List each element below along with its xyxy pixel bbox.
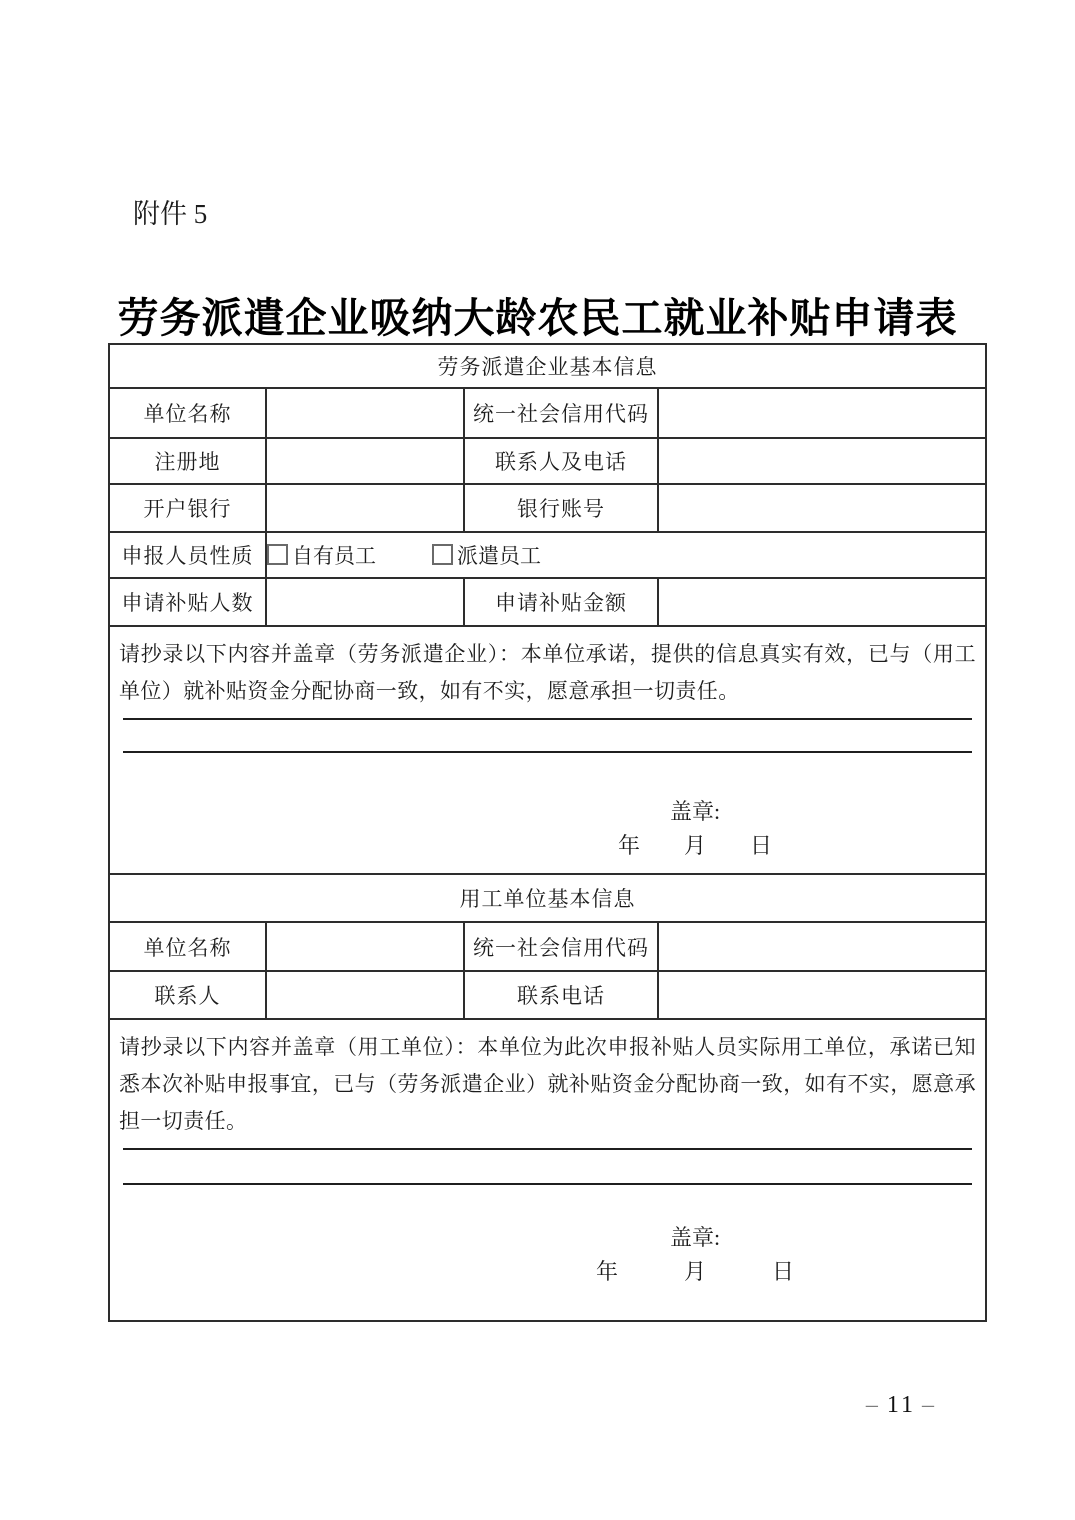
stamp-label: 盖章: (555, 795, 835, 829)
employer-declaration-text: 请抄录以下内容并盖章（用工单位）：本单位为此次申报补贴人员实际用工单位，承诺已知… (110, 1020, 985, 1140)
subsidy-amount-label: 申请补贴金额 (464, 578, 658, 626)
dispatch-section-header: 劳务派遣企业基本信息 (109, 344, 986, 388)
employer-stamp-block: 盖章: 年 月 日 (555, 1221, 835, 1289)
employer-contact-field[interactable] (266, 971, 464, 1019)
bank-account-label: 银行账号 (464, 484, 658, 532)
contact-phone-field[interactable] (658, 438, 986, 484)
page-number-value: 11 (887, 1392, 916, 1418)
table-row: 请抄录以下内容并盖章（劳务派遣企业）：本单位承诺，提供的信息真实有效，已与（用工… (109, 626, 986, 874)
page-number-dash: – (860, 1392, 887, 1418)
employer-section-header: 用工单位基本信息 (109, 874, 986, 922)
dispatched-employee-label: 派遣员工 (457, 544, 541, 568)
dispatch-declaration-text: 请抄录以下内容并盖章（劳务派遣企业）：本单位承诺，提供的信息真实有效，已与（用工… (110, 627, 985, 710)
dispatch-unit-name-label: 单位名称 (109, 388, 266, 438)
registered-address-field[interactable] (266, 438, 464, 484)
write-line[interactable] (123, 1183, 972, 1185)
personnel-nature-label: 申报人员性质 (109, 532, 266, 578)
table-row: 开户银行 银行账号 (109, 484, 986, 532)
date-line: 年 月 日 (555, 829, 835, 863)
bank-field[interactable] (266, 484, 464, 532)
document-page: 附件 5 劳务派遣企业吸纳大龄农民工就业补贴申请表 劳务派遣企业基本信息 单位名… (0, 0, 1075, 1520)
table-row: 请抄录以下内容并盖章（用工单位）：本单位为此次申报补贴人员实际用工单位，承诺已知… (109, 1019, 986, 1321)
employer-phone-field[interactable] (658, 971, 986, 1019)
employer-credit-code-field[interactable] (658, 922, 986, 971)
own-employee-label: 自有员工 (292, 544, 376, 568)
page-number: –11– (860, 1392, 943, 1419)
page-number-dash: – (916, 1392, 943, 1418)
subsidy-amount-field[interactable] (658, 578, 986, 626)
dispatch-credit-code-field[interactable] (658, 388, 986, 438)
employer-declaration-cell: 请抄录以下内容并盖章（用工单位）：本单位为此次申报补贴人员实际用工单位，承诺已知… (109, 1019, 986, 1321)
personnel-nature-options-cell: 自有员工派遣员工 (266, 532, 986, 578)
write-line[interactable] (123, 751, 972, 753)
table-row: 联系人 联系电话 (109, 971, 986, 1019)
application-form-table: 劳务派遣企业基本信息 单位名称 统一社会信用代码 注册地 联系人及电话 开户银行… (108, 343, 987, 1322)
table-row: 注册地 联系人及电话 (109, 438, 986, 484)
dispatch-credit-code-label: 统一社会信用代码 (464, 388, 658, 438)
table-row: 劳务派遣企业基本信息 (109, 344, 986, 388)
dispatch-declaration-cell: 请抄录以下内容并盖章（劳务派遣企业）：本单位承诺，提供的信息真实有效，已与（用工… (109, 626, 986, 874)
registered-address-label: 注册地 (109, 438, 266, 484)
page-title: 劳务派遣企业吸纳大龄农民工就业补贴申请表 (0, 285, 1075, 344)
table-row: 用工单位基本信息 (109, 874, 986, 922)
table-row: 单位名称 统一社会信用代码 (109, 388, 986, 438)
subsidy-headcount-field[interactable] (266, 578, 464, 626)
table-row: 申请补贴人数 申请补贴金额 (109, 578, 986, 626)
employer-unit-name-label: 单位名称 (109, 922, 266, 971)
employer-unit-name-field[interactable] (266, 922, 464, 971)
employer-credit-code-label: 统一社会信用代码 (464, 922, 658, 971)
stamp-label: 盖章: (555, 1221, 835, 1255)
write-line[interactable] (123, 1148, 972, 1150)
own-employee-option[interactable]: 自有员工 (267, 544, 376, 568)
employer-phone-label: 联系电话 (464, 971, 658, 1019)
table-row: 单位名称 统一社会信用代码 (109, 922, 986, 971)
table-row: 申报人员性质 自有员工派遣员工 (109, 532, 986, 578)
checkbox-icon[interactable] (267, 544, 288, 565)
write-line[interactable] (123, 718, 972, 720)
dispatch-stamp-block: 盖章: 年 月 日 (555, 795, 835, 863)
employer-contact-label: 联系人 (109, 971, 266, 1019)
dispatched-employee-option[interactable]: 派遣员工 (432, 544, 541, 568)
bank-label: 开户银行 (109, 484, 266, 532)
date-line: 年 月 日 (555, 1255, 835, 1289)
dispatch-unit-name-field[interactable] (266, 388, 464, 438)
bank-account-field[interactable] (658, 484, 986, 532)
contact-phone-label: 联系人及电话 (464, 438, 658, 484)
checkbox-icon[interactable] (432, 544, 453, 565)
subsidy-headcount-label: 申请补贴人数 (109, 578, 266, 626)
attachment-label: 附件 5 (133, 192, 207, 231)
